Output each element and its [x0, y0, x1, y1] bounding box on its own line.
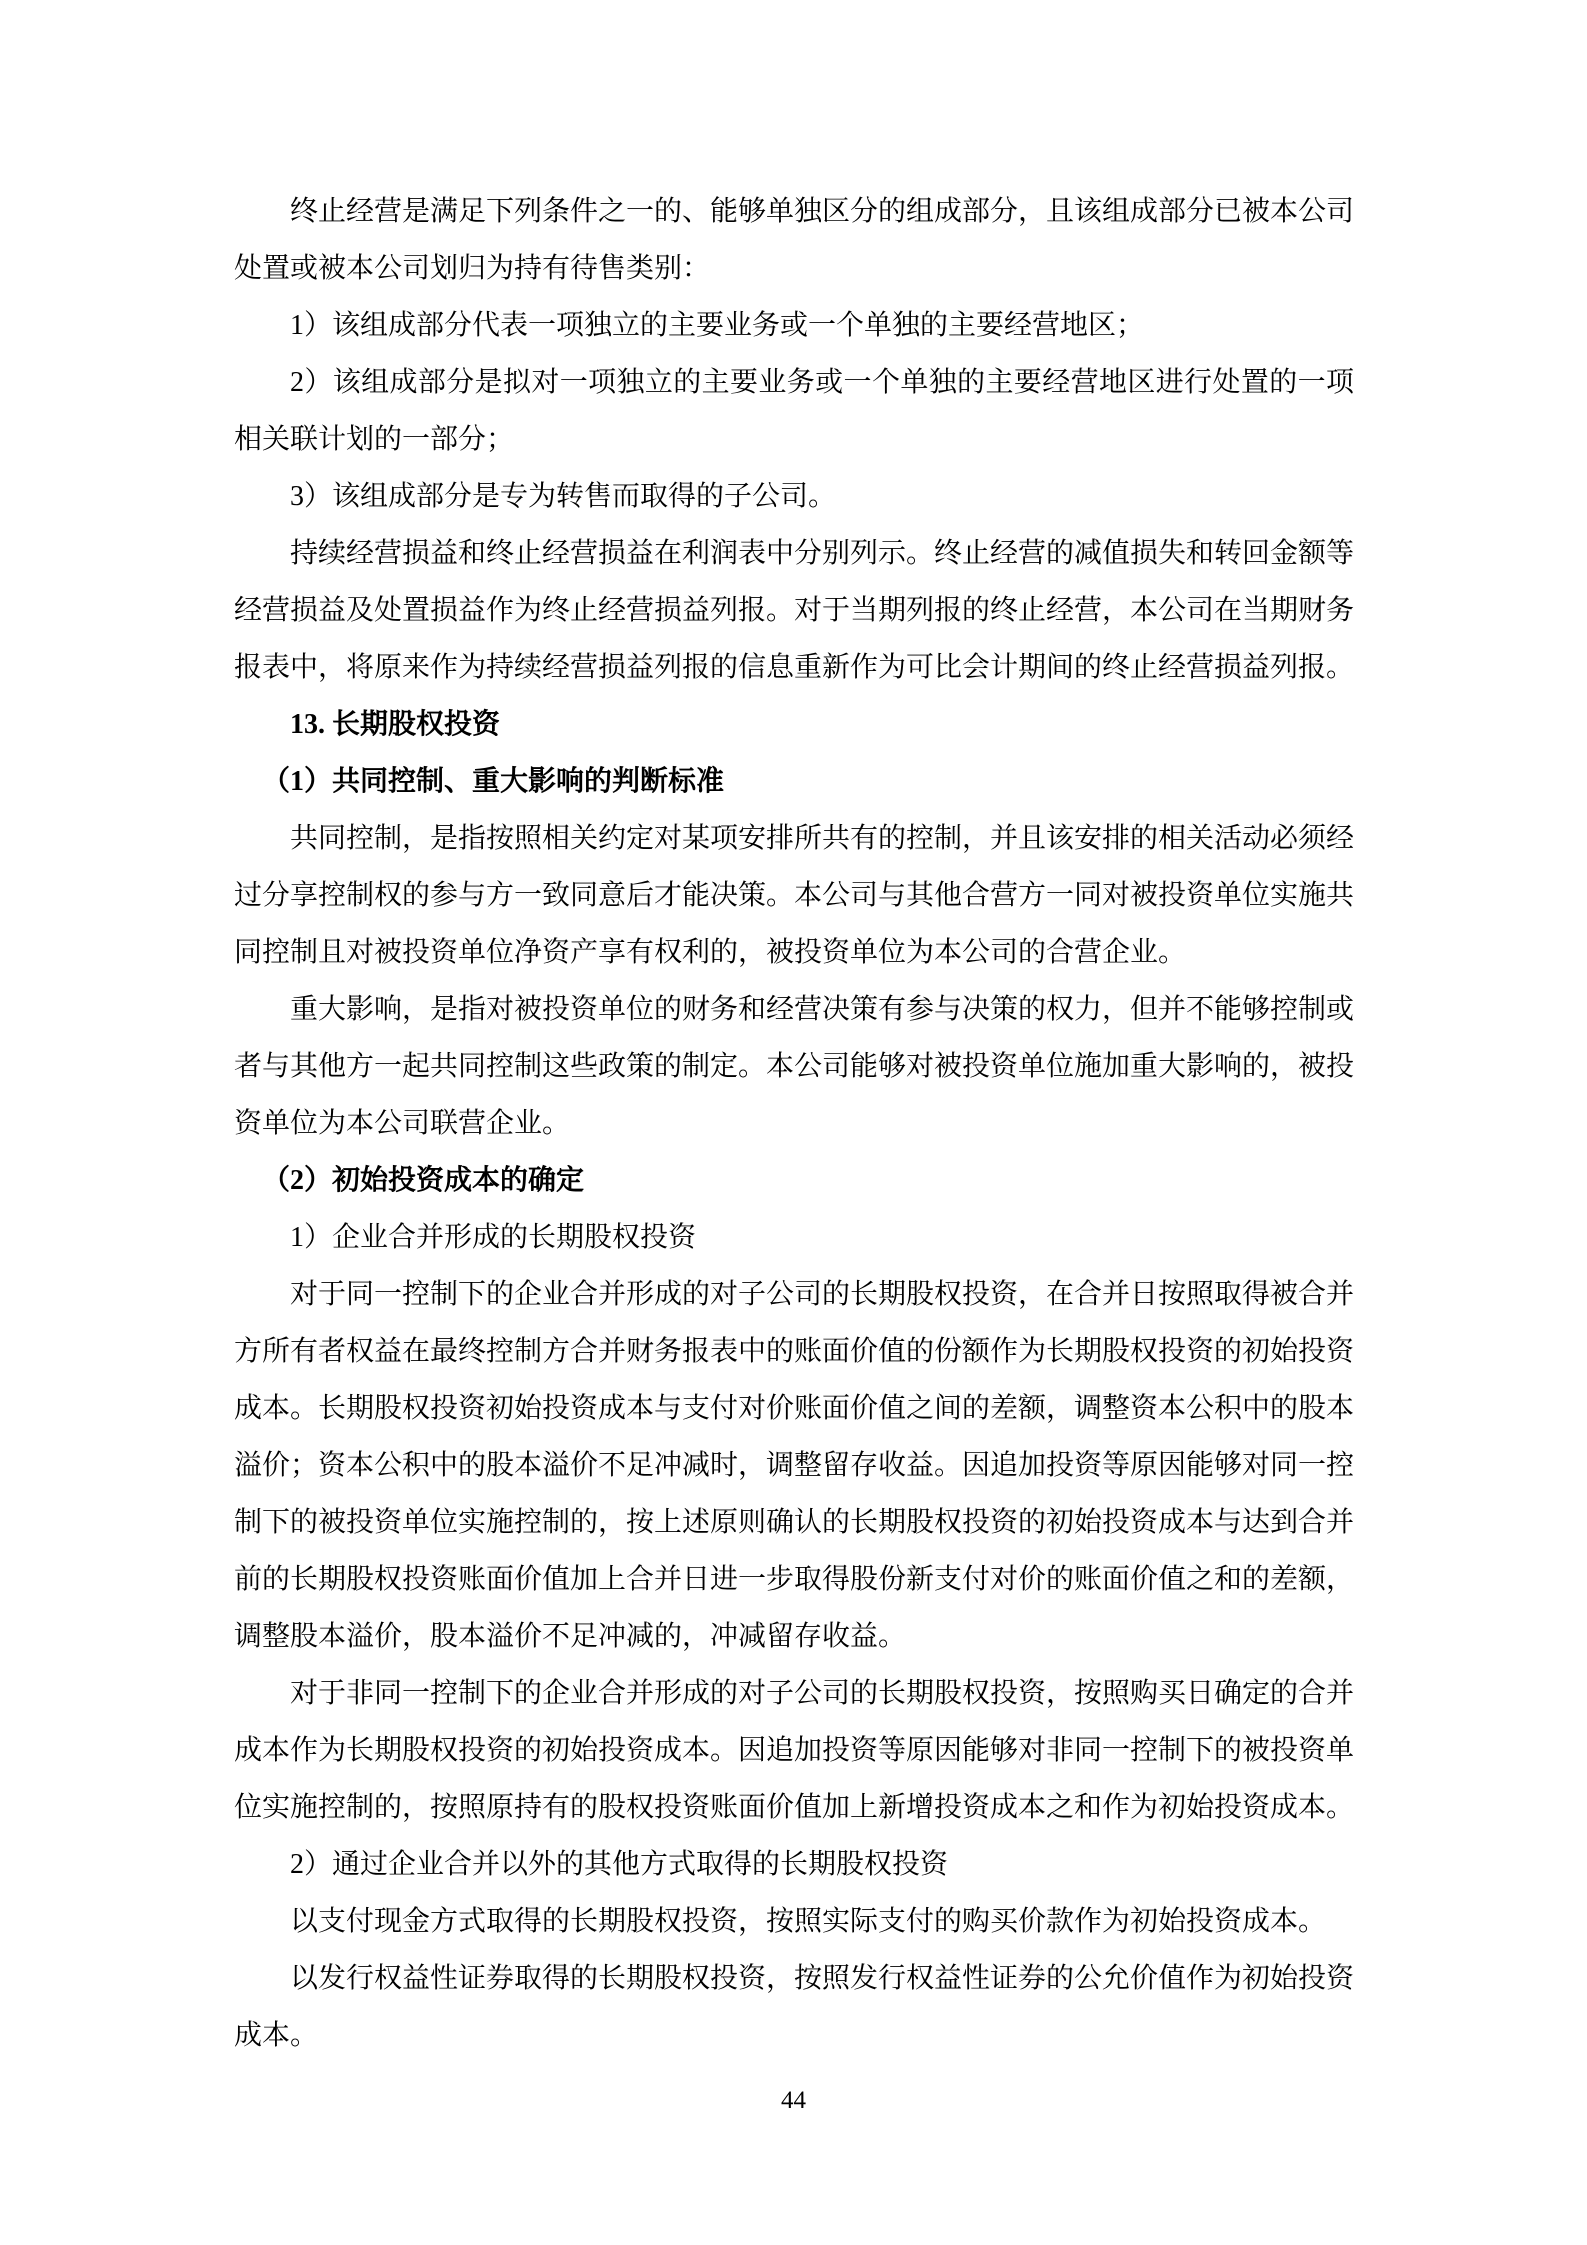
- paragraph: 共同控制，是指按照相关约定对某项安排所共有的控制，并且该安排的相关活动必须经过分…: [234, 810, 1354, 981]
- paragraph: 2）通过企业合并以外的其他方式取得的长期股权投资: [234, 1836, 1354, 1893]
- paragraph: 终止经营是满足下列条件之一的、能够单独区分的组成部分，且该组成部分已被本公司处置…: [234, 183, 1354, 297]
- document-body: 终止经营是满足下列条件之一的、能够单独区分的组成部分，且该组成部分已被本公司处置…: [234, 183, 1354, 2064]
- paragraph: 对于非同一控制下的企业合并形成的对子公司的长期股权投资，按照购买日确定的合并成本…: [234, 1665, 1354, 1836]
- paragraph: 3）该组成部分是专为转售而取得的子公司。: [234, 468, 1354, 525]
- subsection-heading: （2）初始投资成本的确定: [234, 1152, 1354, 1209]
- document-page: 终止经营是满足下列条件之一的、能够单独区分的组成部分，且该组成部分已被本公司处置…: [0, 0, 1587, 2245]
- paragraph: 以发行权益性证券取得的长期股权投资，按照发行权益性证券的公允价值作为初始投资成本…: [234, 1950, 1354, 2064]
- paragraph: 持续经营损益和终止经营损益在利润表中分别列示。终止经营的减值损失和转回金额等经营…: [234, 525, 1354, 696]
- page-footer: 44: [0, 2086, 1587, 2116]
- subsection-heading: （1）共同控制、重大影响的判断标准: [234, 753, 1354, 810]
- paragraph: 1）企业合并形成的长期股权投资: [234, 1209, 1354, 1266]
- paragraph: 2）该组成部分是拟对一项独立的主要业务或一个单独的主要经营地区进行处置的一项相关…: [234, 354, 1354, 468]
- paragraph: 对于同一控制下的企业合并形成的对子公司的长期股权投资，在合并日按照取得被合并方所…: [234, 1266, 1354, 1665]
- page-number: 44: [781, 2087, 806, 2114]
- paragraph: 1）该组成部分代表一项独立的主要业务或一个单独的主要经营地区；: [234, 297, 1354, 354]
- section-heading: 13. 长期股权投资: [234, 696, 1354, 753]
- paragraph: 重大影响，是指对被投资单位的财务和经营决策有参与决策的权力，但并不能够控制或者与…: [234, 981, 1354, 1152]
- paragraph: 以支付现金方式取得的长期股权投资，按照实际支付的购买价款作为初始投资成本。: [234, 1893, 1354, 1950]
